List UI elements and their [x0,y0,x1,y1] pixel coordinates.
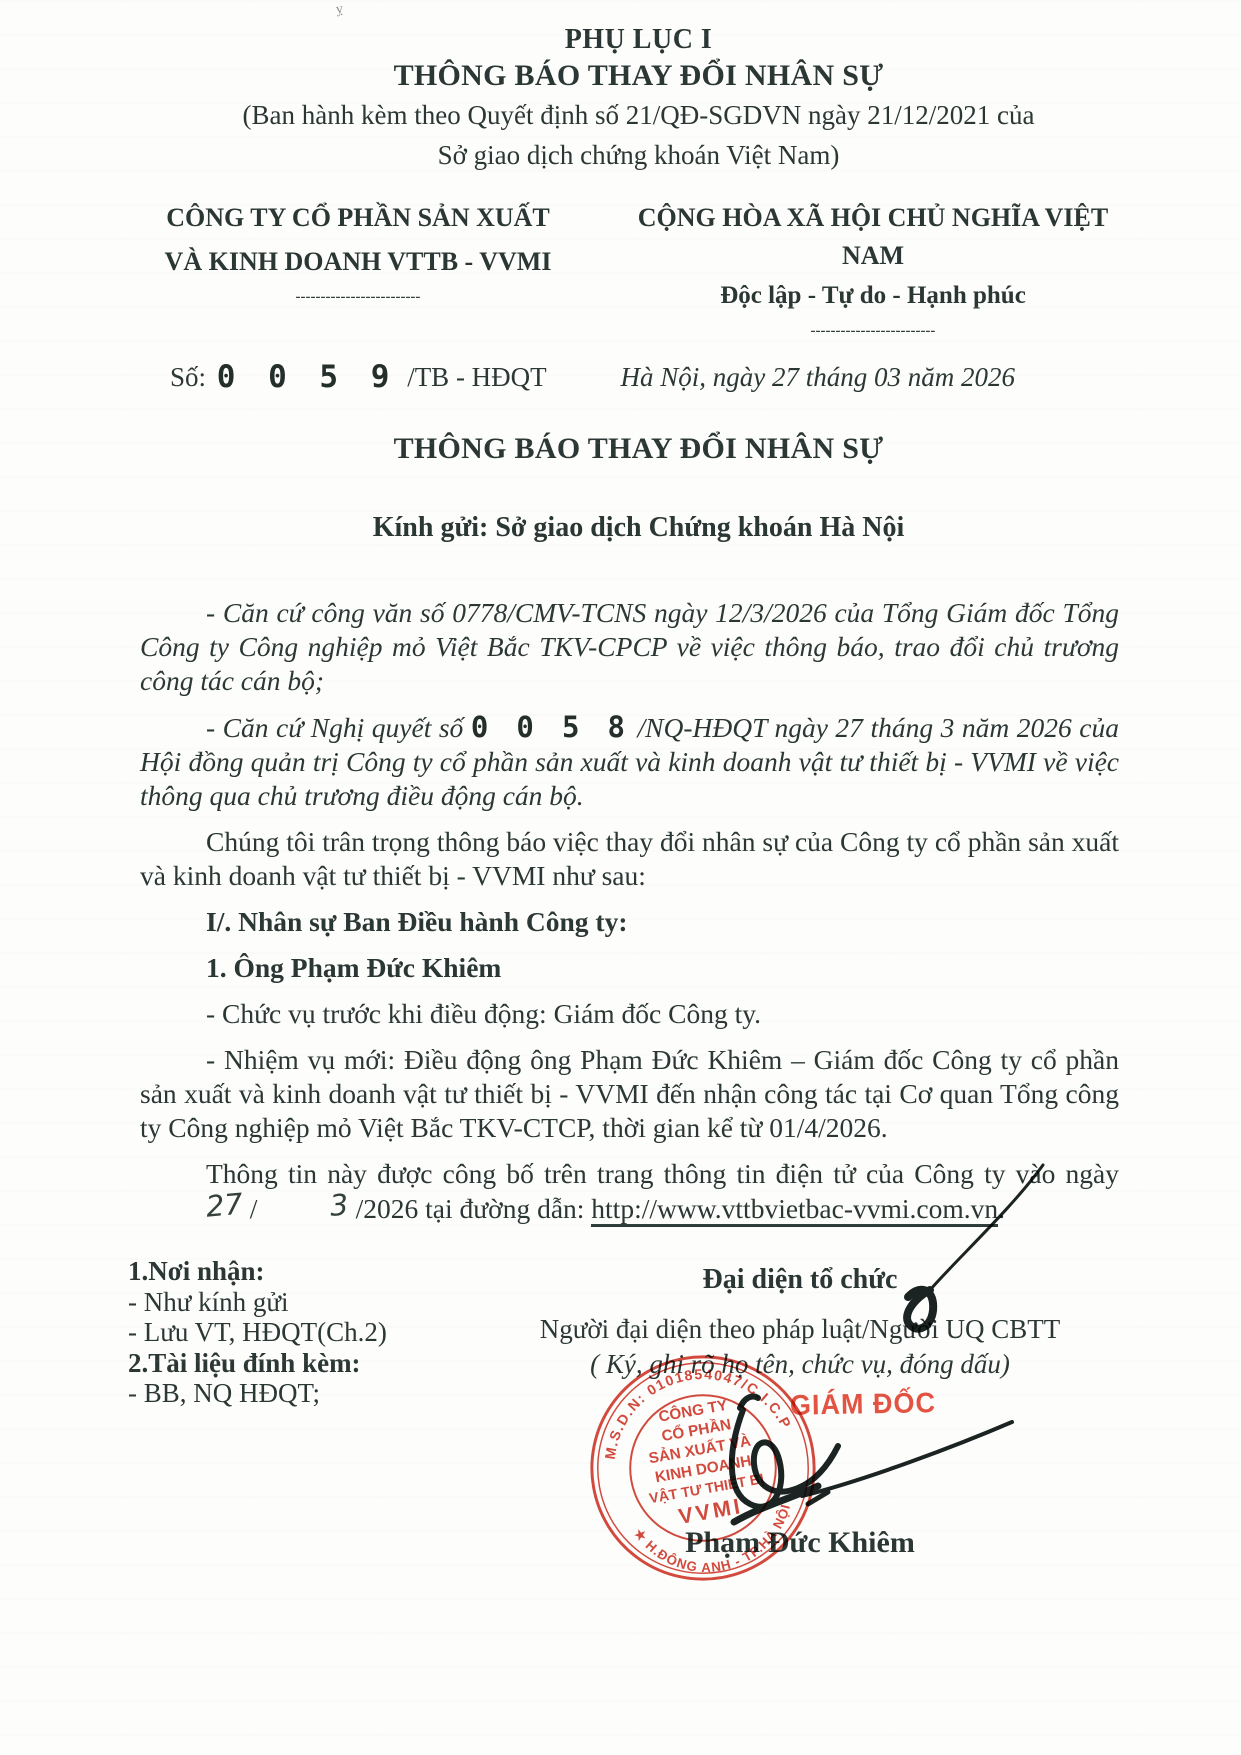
publish-slash: / [250,1193,258,1224]
recipient-item: - Lưu VT, HĐQT(Ch.2) [128,1317,468,1348]
attachments-heading: 2.Tài liệu đính kèm: [128,1348,468,1379]
national-divider: ------------------------- [611,323,1135,340]
handwritten-day: 27 [139,1187,244,1230]
recipients-block: 1.Nơi nhận: - Như kính gửi - Lưu VT, HĐQ… [128,1256,468,1560]
attachment-item: - BB, NQ HĐQT; [128,1378,468,1409]
appendix-header: PHỤ LỤC I THÔNG BÁO THAY ĐỔI NHÂN SỰ (Ba… [0,0,1241,173]
national-motto-line1: CỘNG HÒA XÃ HỘI CHỦ NGHĨA VIỆT NAM [611,199,1135,275]
company-name-line1: CÔNG TY CỔ PHẦN SẢN XUẤT [148,199,568,237]
document-page: ỵ PHỤ LỤC I THÔNG BÁO THAY ĐỔI NHÂN SỰ (… [0,0,1241,1755]
signature-strokes [690,1150,1070,1540]
issued-note-line2: Sở giao dịch chứng khoán Việt Nam) [36,138,1241,173]
letterhead: CÔNG TY CỔ PHẦN SẢN XUẤT VÀ KINH DOANH V… [0,199,1241,340]
reference-row: Số: 0 0 5 9 /TB - HĐQT Hà Nội, ngày 27 t… [0,358,1241,394]
national-block: CỘNG HÒA XÃ HỘI CHỦ NGHĨA VIỆT NAM Độc l… [611,199,1135,340]
document-body: - Căn cứ công văn số 0778/CMV-TCNS ngày … [140,596,1119,1226]
basis-paragraph-2: - Căn cứ Nghị quyết số 0 0 5 8 /NQ-HĐQT … [140,710,1119,813]
company-block: CÔNG TY CỔ PHẦN SẢN XUẤT VÀ KINH DOANH V… [148,199,568,340]
recipient-item: - Như kính gửi [128,1287,468,1318]
recipients-heading: 1.Nơi nhận: [128,1256,468,1287]
company-divider: ------------------------- [148,289,568,306]
appendix-label: PHỤ LỤC I [36,24,1241,56]
company-name-line2: VÀ KINH DOANH VTTB - VVMI [148,243,568,281]
doc-number-stamped-value: 0 0 5 9 [213,359,401,395]
intro-paragraph: Chúng tôi trân trọng thông báo việc thay… [140,825,1119,893]
doc-number-suffix: /TB - HĐQT [407,362,546,392]
basis2-prefix: - Căn cứ Nghị quyết số [206,712,463,743]
handwritten-month: 3 [263,1187,350,1228]
salutation: Kính gửi: Sở giao dịch Chứng khoán Hà Nộ… [0,512,1241,544]
national-motto-line2: Độc lập - Tự do - Hạnh phúc [611,277,1135,315]
signature-ink [690,1150,1070,1545]
publish-mid: /2026 tại đường dẫn: [356,1193,585,1224]
document-title: THÔNG BÁO THAY ĐỔI NHÂN SỰ [0,432,1241,466]
doc-number: Số: 0 0 5 9 /TB - HĐQT [170,358,547,394]
person-1-heading: 1. Ông Phạm Đức Khiêm [140,951,1119,985]
appendix-title: THÔNG BÁO THAY ĐỔI NHÂN SỰ [36,59,1241,93]
issued-note-line1: (Ban hành kèm theo Quyết định số 21/QĐ-S… [36,98,1241,133]
doc-number-label: Số: [170,362,206,392]
section-1-heading: I/. Nhân sự Ban Điều hành Công ty: [140,905,1119,939]
new-assignment-paragraph: - Nhiệm vụ mới: Điều động ông Phạm Đức K… [140,1043,1119,1145]
resolution-number-stamped-value: 0 0 5 8 [471,710,630,744]
old-position-line: - Chức vụ trước khi điều động: Giám đốc … [140,997,1119,1031]
basis-paragraph-1: - Căn cứ công văn số 0778/CMV-TCNS ngày … [140,596,1119,698]
place-date: Hà Nội, ngày 27 tháng 03 năm 2026 [621,362,1016,393]
